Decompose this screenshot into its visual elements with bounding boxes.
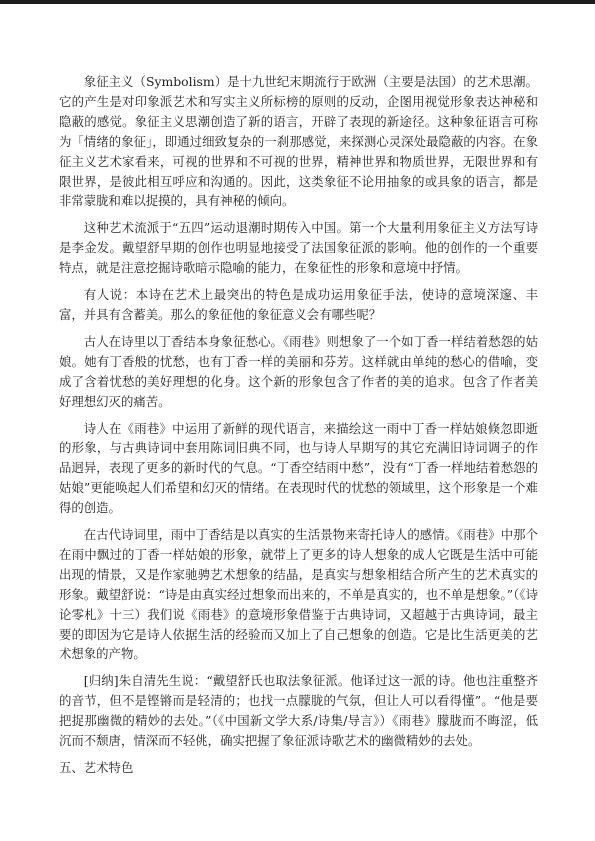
paragraph-symbolism-intro: 象征主义（Symbolism）是十九世纪末期流行于欧洲（主要是法国）的艺术思潮。… (59, 72, 538, 211)
paragraph-introduction-to-china: 这种艺术流派于“五四”运动退潮时期传入中国。第一个大量利用象征主义方法写诗是李金… (59, 218, 538, 278)
paragraph-reality-and-imagination: 在古代诗词里，雨中丁香结是以真实的生活景物来寄托诗人的感情。《雨巷》中那个在雨中… (59, 525, 538, 664)
paragraph-modern-language: 诗人在《雨巷》中运用了新鲜的现代语言，来描绘这一雨中丁香一样姑娘倏忽即逝的形象，… (59, 419, 538, 519)
page-top-edge-bar (0, 0, 595, 4)
document-text-block: 象征主义（Symbolism）是十九世纪末期流行于欧洲（主要是法国）的艺术思潮。… (59, 72, 538, 778)
section-heading-art-features: 五、艺术特色 (59, 758, 538, 778)
paragraph-symbolic-meaning-question: 有人说：本诗在艺术上最突出的特色是成功运用象征手法，使诗的意境深邃、丰富，并具有… (59, 285, 538, 325)
document-page: 象征主义（Symbolism）是十九世纪末期流行于欧洲（主要是法国）的艺术思潮。… (0, 0, 595, 841)
paragraph-summary-zhu-ziqing: [归纳]朱自清先生说：“戴望舒氏也取法象征派。他译过这一派的诗。他也注重整齐的音… (59, 671, 538, 751)
paragraph-lilac-image: 古人在诗里以丁香结本身象征愁心。《雨巷》则想象了一个如丁香一样结着愁怨的姑娘。她… (59, 332, 538, 412)
